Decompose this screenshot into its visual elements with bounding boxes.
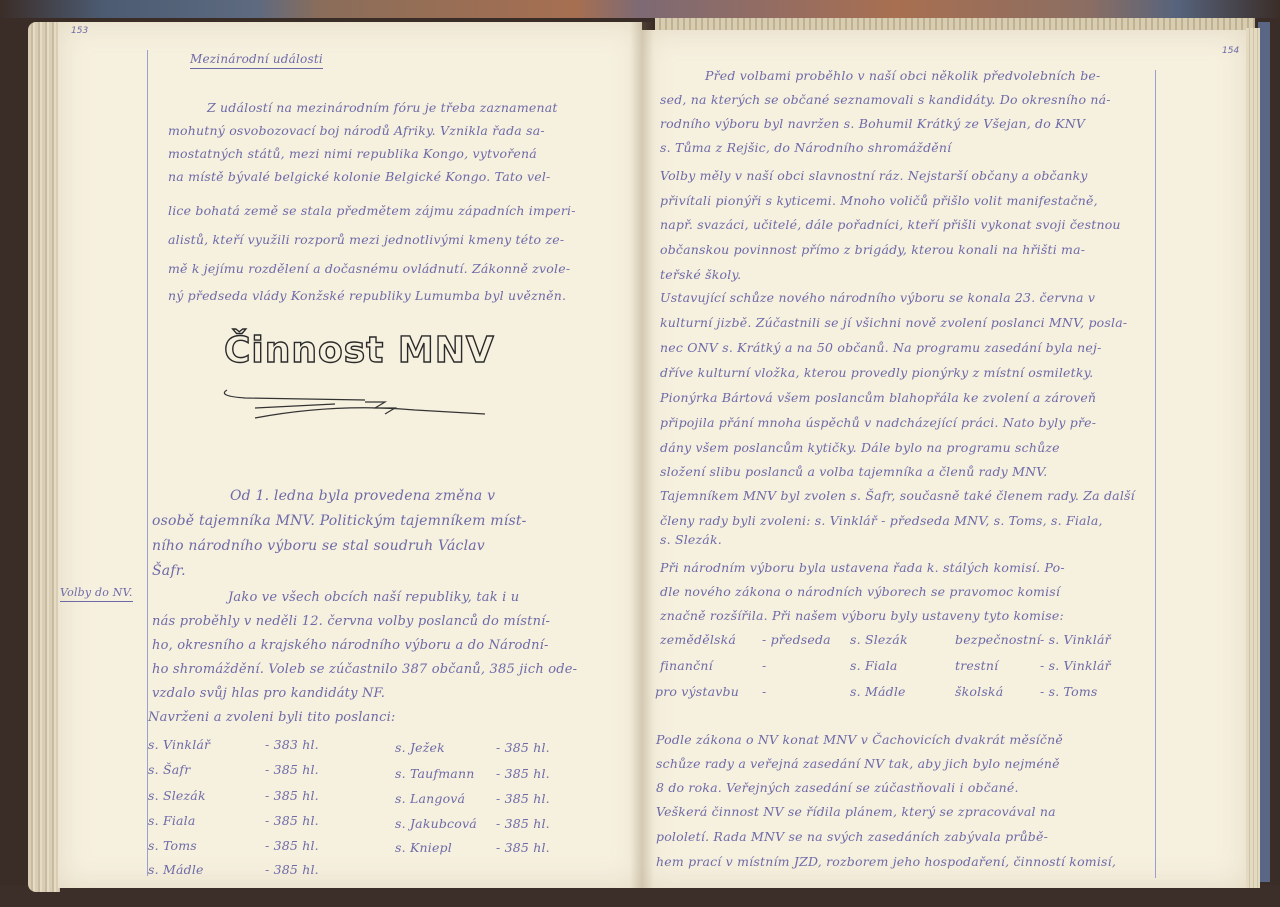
page-edges-left bbox=[28, 22, 60, 892]
right-margin-line bbox=[1155, 70, 1156, 878]
list-item: s. Slezák bbox=[148, 784, 206, 808]
list-item: s. Vinklář bbox=[148, 733, 210, 757]
section-heading: Mezinárodní události bbox=[190, 50, 323, 69]
list-item: s. Toms bbox=[148, 834, 197, 858]
list-item: s. Taufmann bbox=[395, 762, 474, 786]
list-item: s. Šafr bbox=[148, 758, 190, 782]
list-item: s. Jakubcová bbox=[395, 812, 477, 836]
book-cover-top bbox=[0, 0, 1280, 18]
title-swash-ornament bbox=[215, 378, 495, 423]
book-cover-bottom bbox=[0, 885, 1280, 907]
list-item: s. Ježek bbox=[395, 736, 445, 760]
margin-note-elections: Volby do NV. bbox=[60, 585, 133, 602]
list-item: s. Kniepl bbox=[395, 836, 452, 860]
table-row: zemědělská bbox=[660, 628, 736, 652]
table-row: pro výstavbu bbox=[655, 680, 739, 704]
list-item: s. Fiala bbox=[148, 809, 196, 833]
decorative-title: Činnost MNV bbox=[224, 330, 495, 371]
page-edges-right bbox=[1246, 28, 1260, 888]
table-row: finanční bbox=[660, 654, 713, 678]
elected-intro: Navrženi a zvoleni byli tito poslanci: bbox=[148, 706, 396, 730]
list-item: s. Langová bbox=[395, 787, 465, 811]
page-number-right: 154 bbox=[1222, 46, 1239, 56]
list-item: s. Mádle bbox=[148, 858, 204, 882]
book-gutter bbox=[630, 22, 654, 888]
page-number-left: 153 bbox=[71, 26, 88, 36]
